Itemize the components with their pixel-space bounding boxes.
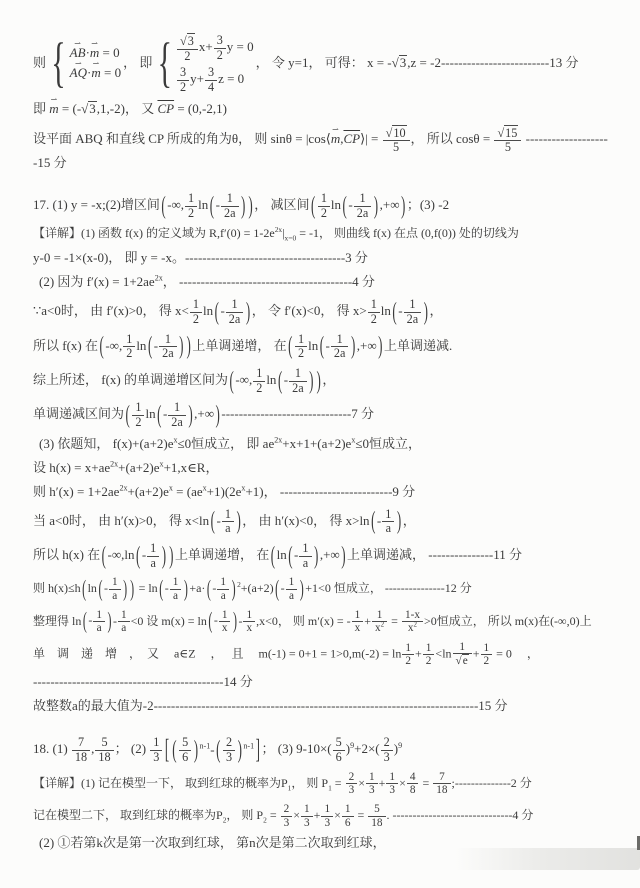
solution-line: ∵a<0时， 由 f′(x)>0， 得 x<12ln(-12a)， 令 f′(x… <box>33 295 615 329</box>
solution-line: 整理得 ln(-1a)-1a<0 设 m(x) = ln(-1x)-1x,x<0… <box>33 606 615 638</box>
solution-line: 所以 h(x) 在(-∞,ln(-1a))上单调递增， 在(ln(-1a),+∞… <box>33 539 615 573</box>
solution-line: 【详解】(1) 函数 f(x) 的定义域为 R,f′(0) = 1-2e2x|x… <box>33 223 615 247</box>
solution-line: y-0 = -1×(x-0)， 即 y = -x。---------------… <box>33 247 615 271</box>
solution-text-block: 则 {AB·m = 0AQ·m = 0， 即 {√32x+32y = 032y+… <box>33 30 615 856</box>
solution-line: 当 a<0时， 由 h′(x)>0， 得 x<ln(-1a)， 由 h′(x)<… <box>33 505 615 539</box>
solution-line: 【详解】(1) 记在模型一下， 取到红球的概率为P1， 则 P1 = 23×13… <box>33 768 615 800</box>
solution-line-q17-answers: 17. (1) y = -x;(2)增区间(-∞,12ln(-12a))， 减区… <box>33 189 615 223</box>
solution-line: 所以 f(x) 在(-∞,12ln(-12a))上单调递增， 在(12ln(-1… <box>33 330 615 364</box>
solution-line: 则 h(x)≤h(ln(-1a)) = ln(-1a)+a·(-1a)2+(a+… <box>33 573 615 605</box>
solution-line: 记在模型二下， 取到红球的概率为P2， 则 P2 = 23×13+13×16 =… <box>33 800 615 832</box>
scanned-document-page: 则 {AB·m = 0AQ·m = 0， 即 {√32x+32y = 032y+… <box>0 0 640 888</box>
solution-line: 故整数a的最大值为-2-----------------------------… <box>33 695 615 719</box>
solution-line: 则 {AB·m = 0AQ·m = 0， 即 {√32x+32y = 032y+… <box>33 30 615 98</box>
solution-line: (3) 依题知， f(x)+(a+2)ex≤0恒成立， 即 ae2x+x+1+(… <box>33 433 615 457</box>
solution-line: 设平面 ABQ 和直线 CP 所成的角为θ， 则 sinθ = |cos⟨m,C… <box>33 122 615 175</box>
solution-line: 综上所述， f(x) 的单调递增区间为(-∞,12ln(-12a))， <box>33 364 615 398</box>
solution-line: 单调递减区间为(12ln(-12a),+∞)------------------… <box>33 398 615 432</box>
solution-line: ----------------------------------------… <box>33 671 615 695</box>
solution-line: (2) 因为 f′(x) = 1+2ae2x， ----------------… <box>33 271 615 295</box>
solution-line: 则 h′(x) = 1+2ae2x+(a+2)ex = (aex+1)(2ex+… <box>33 481 615 505</box>
solution-line: 单 调 递 增 ， 又 a∈Z ， 且 m(-1) = 0+1 = 1>0,m(… <box>33 638 615 672</box>
scan-smudge-artifact <box>455 848 640 870</box>
solution-line: 即 m = (-√3,1,-2)， 又 CP = (0,-2,1) <box>33 98 615 122</box>
solution-line-q18-answers: 18. (1) 718,518； (2) 13[(56)n-1-(23)n-1]… <box>33 733 615 767</box>
solution-line: 设 h(x) = x+ae2x+(a+2)ex+1,x∈R， <box>33 457 615 481</box>
